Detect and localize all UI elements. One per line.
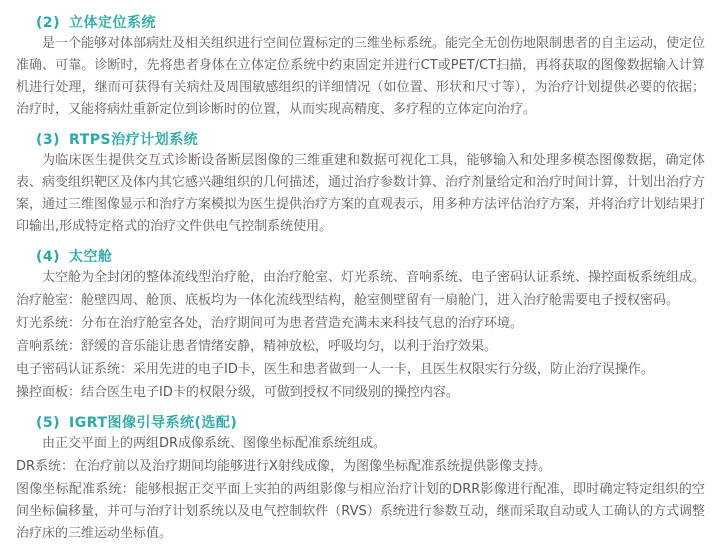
detail-line: 灯光系统：分布在治疗舱室各处，治疗期间可为患者营造充满未来科技气息的治疗环境。 [16, 313, 705, 335]
section-title: IGRT图像引导系统(选配) [69, 415, 237, 431]
section-heading: (2)立体定位系统 [36, 14, 705, 32]
section-number: (4) [36, 249, 60, 265]
section-title: 太空舱 [69, 249, 113, 265]
detail-line: 操控面板：结合医生电子ID卡的权限分级，可做到授权不同级别的操控内容。 [16, 382, 705, 404]
section: (4)太空舱太空舱为全封闭的整体流线型治疗舱，由治疗舱室、灯光系统、音响系统、电… [16, 248, 705, 404]
document-body: (2)立体定位系统是一个能够对体部病灶及相关组织进行空间位置标定的三维坐标系统。… [0, 0, 720, 551]
detail-line: 电子密码认证系统：采用先进的电子ID卡，医生和患者做到一人一卡，且医生权限实行分… [16, 359, 705, 381]
body-paragraph: 为临床医生提供交互式诊断设备断层图像的三维重建和数据可视化工具，能够输入和处理多… [16, 150, 705, 238]
detail-line: 图像坐标配准系统：能够根据正交平面上实拍的两组影像与相应治疗计划的DRR影像进行… [16, 479, 705, 545]
detail-line: DR系统：在治疗前以及治疗期间均能够进行X射线成像，为图像坐标配准系统提供影像支… [16, 456, 705, 478]
section: (2)立体定位系统是一个能够对体部病灶及相关组织进行空间位置标定的三维坐标系统。… [16, 14, 705, 121]
section-title: RTPS治疗计划系统 [69, 132, 198, 148]
section: (5)IGRT图像引导系统(选配)由正交平面上的两组DR成像系统、图像坐标配准系… [16, 414, 705, 545]
detail-line: 治疗舱室：舱壁四周、舱顶、底板均为一体化流线型结构，舱室侧壁留有一扇舱门，进入治… [16, 290, 705, 312]
section-heading: (3)RTPS治疗计划系统 [36, 131, 705, 149]
detail-line: 音响系统：舒缓的音乐能让患者情绪安静，精神放松，呼吸均匀，以利于治疗效果。 [16, 336, 705, 358]
body-paragraph: 由正交平面上的两组DR成像系统、图像坐标配准系统组成。 [16, 433, 705, 455]
body-paragraph: 是一个能够对体部病灶及相关组织进行空间位置标定的三维坐标系统。能完全无创伤地限制… [16, 33, 705, 121]
section-heading: (4)太空舱 [36, 248, 705, 266]
section: (3)RTPS治疗计划系统为临床医生提供交互式诊断设备断层图像的三维重建和数据可… [16, 131, 705, 238]
section-number: (2) [36, 15, 60, 31]
body-paragraph: 太空舱为全封闭的整体流线型治疗舱，由治疗舱室、灯光系统、音响系统、电子密码认证系… [16, 267, 705, 289]
section-heading: (5)IGRT图像引导系统(选配) [36, 414, 705, 432]
section-title: 立体定位系统 [69, 15, 156, 31]
section-number: (5) [36, 415, 60, 431]
section-number: (3) [36, 132, 60, 148]
